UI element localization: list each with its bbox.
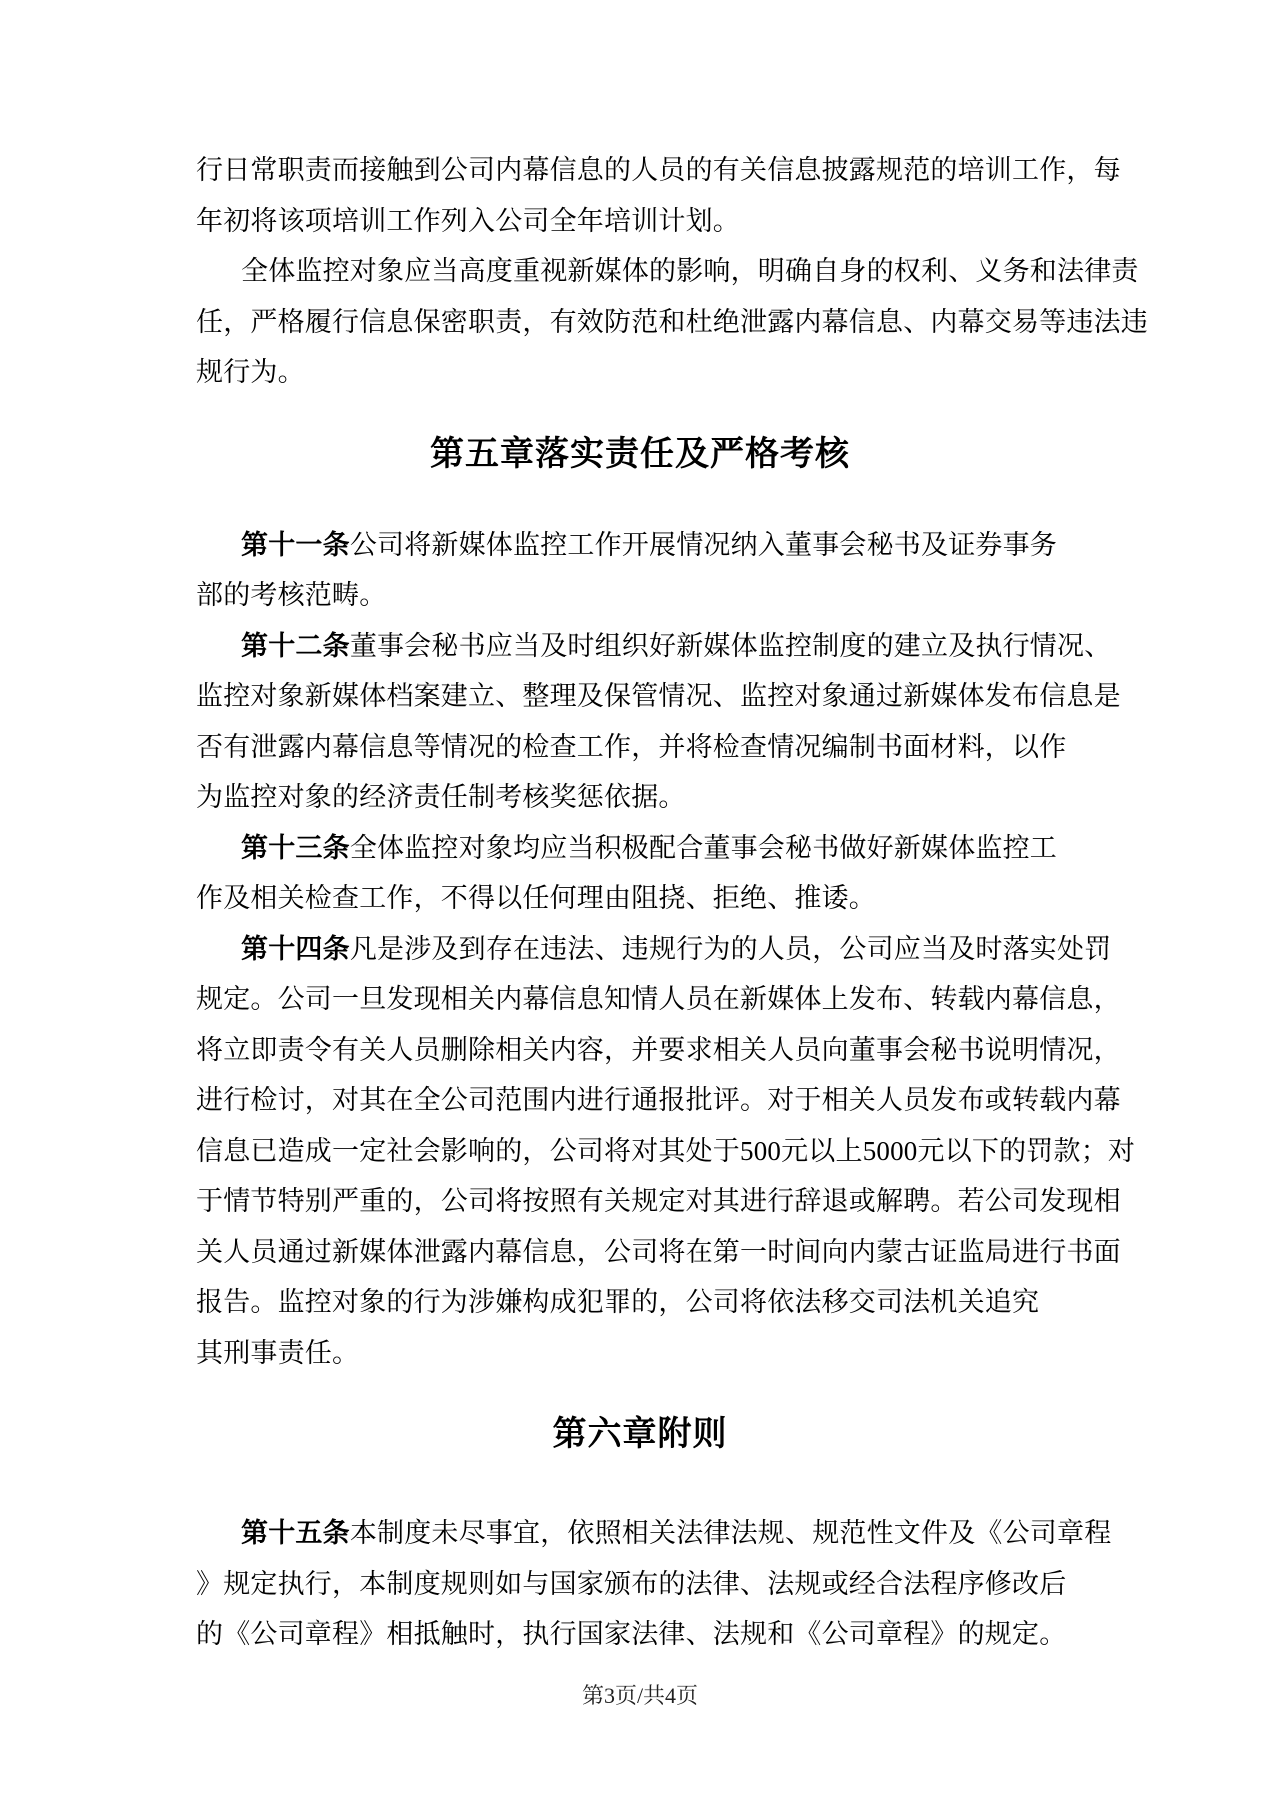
body-line: 全体监控对象应当高度重视新媒体的影响，明确自身的权利、义务和法律责 xyxy=(196,246,1280,297)
body-line: 任，严格履行信息保密职责，有效防范和杜绝泄露内幕信息、内幕交易等违法违 xyxy=(196,297,1280,348)
article-first-line: 第十五条本制度未尽事宜，依照相关法律法规、规范性文件及《公司章程 xyxy=(196,1508,1280,1559)
article-13-label: 第十三条 xyxy=(241,833,350,863)
body-line: 作及相关检查工作，不得以任何理由阻挠、拒绝、推诿。 xyxy=(196,873,1280,924)
article-text: 董事会秘书应当及时组织好新媒体监控制度的建立及执行情况、 xyxy=(350,631,1112,661)
body-line: 关人员通过新媒体泄露内幕信息，公司将在第一时间向内蒙古证监局进行书面 xyxy=(196,1227,1280,1278)
body-line: 监控对象新媒体档案建立、整理及保管情况、监控对象通过新媒体发布信息是 xyxy=(196,671,1280,722)
article-11-label: 第十一条 xyxy=(241,530,350,560)
body-line: 部的考核范畴。 xyxy=(196,570,1280,621)
article-text: 凡是涉及到存在违法、违规行为的人员，公司应当及时落实处罚 xyxy=(350,934,1112,964)
body-line: 其刑事责任。 xyxy=(196,1328,1280,1379)
body-line: 将立即责令有关人员删除相关内容，并要求相关人员向董事会秘书说明情况， xyxy=(196,1025,1280,1076)
article-first-line: 第十一条公司将新媒体监控工作开展情况纳入董事会秘书及证券事务 xyxy=(196,520,1280,571)
chapter-6-heading: 第六章附则 xyxy=(0,1410,1280,1460)
body-line: 于情节特别严重的，公司将按照有关规定对其进行辞退或解聘。若公司发现相 xyxy=(196,1176,1280,1227)
body-line: 信息已造成一定社会影响的，公司将对其处于500元以上5000元以下的罚款；对 xyxy=(196,1126,1280,1177)
article-text: 公司将新媒体监控工作开展情况纳入董事会秘书及证券事务 xyxy=(350,530,1057,560)
article-15-label: 第十五条 xyxy=(241,1518,350,1548)
body-line: 进行检讨，对其在全公司范围内进行通报批评。对于相关人员发布或转载内幕 xyxy=(196,1075,1280,1126)
article-first-line: 第十四条凡是涉及到存在违法、违规行为的人员，公司应当及时落实处罚 xyxy=(196,924,1280,975)
article-text: 本制度未尽事宜，依照相关法律法规、规范性文件及《公司章程 xyxy=(350,1518,1112,1548)
body-line: 的《公司章程》相抵触时，执行国家法律、法规和《公司章程》的规定。 xyxy=(196,1609,1280,1660)
page-footer: 第3页/共4页 xyxy=(0,1682,1280,1710)
article-14-label: 第十四条 xyxy=(241,934,350,964)
document-page: 行日常职责而接触到公司内幕信息的人员的有关信息披露规范的培训工作，每 年初将该项… xyxy=(0,0,1280,1812)
body-line: 》规定执行，本制度规则如与国家颁布的法律、法规或经合法程序修改后 xyxy=(196,1559,1280,1610)
article-12-label: 第十二条 xyxy=(241,631,350,661)
body-line: 行日常职责而接触到公司内幕信息的人员的有关信息披露规范的培训工作，每 xyxy=(196,145,1280,196)
body-line: 否有泄露内幕信息等情况的检查工作，并将检查情况编制书面材料，以作 xyxy=(196,722,1280,773)
body-line: 规定。公司一旦发现相关内幕信息知情人员在新媒体上发布、转载内幕信息， xyxy=(196,974,1280,1025)
article-text: 全体监控对象均应当积极配合董事会秘书做好新媒体监控工 xyxy=(350,833,1057,863)
article-first-line: 第十二条董事会秘书应当及时组织好新媒体监控制度的建立及执行情况、 xyxy=(196,621,1280,672)
article-first-line: 第十三条全体监控对象均应当积极配合董事会秘书做好新媒体监控工 xyxy=(196,823,1280,874)
page-content: 行日常职责而接触到公司内幕信息的人员的有关信息披露规范的培训工作，每 年初将该项… xyxy=(0,145,1280,1660)
body-line: 规行为。 xyxy=(196,347,1280,398)
body-line: 报告。监控对象的行为涉嫌构成犯罪的，公司将依法移交司法机关追究 xyxy=(196,1277,1280,1328)
body-line: 为监控对象的经济责任制考核奖惩依据。 xyxy=(196,772,1280,823)
body-line: 年初将该项培训工作列入公司全年培训计划。 xyxy=(196,196,1280,247)
chapter-5-heading: 第五章落实责任及严格考核 xyxy=(0,430,1280,480)
